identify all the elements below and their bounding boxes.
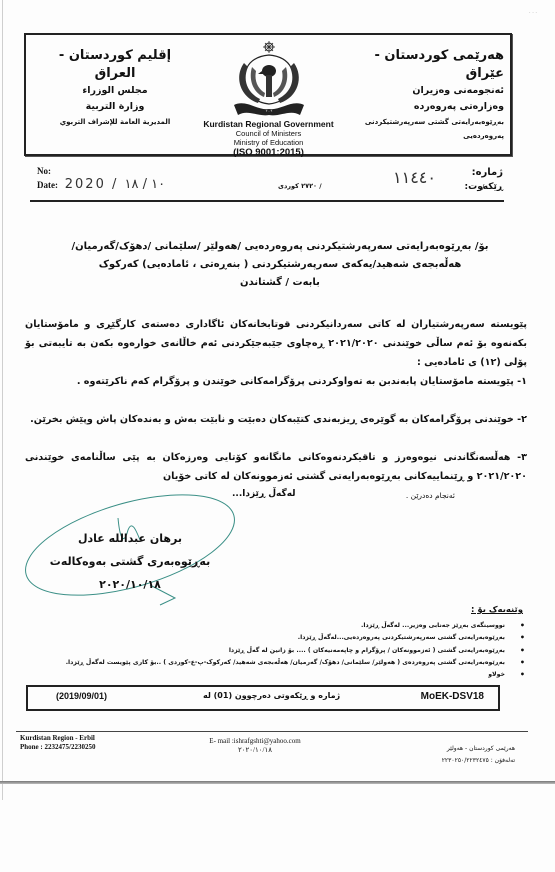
kurdish-council: ئەنجومەنی وەزیران: [344, 83, 504, 99]
copy-item: نووسینگەی بەڕێز جەنابی وەزیر... لەگەڵ ڕێ…: [7, 620, 527, 632]
item-3-end: ئەنجام دەدرێن .: [406, 491, 455, 500]
footer-region-ku: هەرێمی کوردستان - هەولێر: [442, 743, 515, 755]
arabic-council: مجلس الوزراء: [40, 83, 190, 99]
footer-date: ٢٠٢٠/١٠/١٨: [200, 746, 310, 755]
copy-item: بەڕێوەبەرایەتی گشتی پەروەردەی ( هەولێر/ …: [7, 657, 527, 669]
footer-center: E- mail :ishrafgshti@yahoo.com ٢٠٢٠/١٠/١…: [200, 737, 310, 755]
letterhead: هەرێمی کوردستان - عێراق ئەنجومەنی وەزیرا…: [24, 33, 512, 156]
kurdish-title: هەرێمی کوردستان - عێراق: [344, 47, 504, 83]
address-line-2: هەڵەبجەی شەهید/یەکەی سەرپەرشتیکردنی ( بن…: [40, 256, 520, 274]
footer-english: Kurdistan Region - Erbil Phone : 2232475…: [20, 734, 95, 752]
date-label-ku: ڕێکەوت:: [303, 180, 503, 195]
signature-date: ٢٠٢٠/١٠/١٨: [40, 573, 220, 596]
copy-item: بەڕێوەبەرایەتی گشتی ( ئەزموونەکان / پرۆگ…: [7, 645, 527, 657]
signatory-name: برهان عبدالله عادل: [40, 527, 220, 550]
regards: لەگەڵ ڕێزدا...: [232, 489, 296, 499]
date-value: 2020 / ١٠ / ١٨: [65, 177, 165, 192]
footer-region: Kurdistan Region - Erbil: [20, 734, 95, 743]
copy-item: بەڕێوەبەرایەتی گشتی سەرپەرشتیکردنی پەروە…: [7, 632, 527, 644]
krg-name: Kurdistan Regional Government: [196, 119, 341, 129]
footer-kurdish: هەرێمی کوردستان - هەولێر تەلەفۆن : ٢٢٣٠٢…: [442, 743, 515, 767]
krg-logo: ٢٠٠٩ Kurdistan Regional Government Counc…: [196, 41, 341, 159]
page-bottom-edge: [0, 781, 555, 784]
document-code-box: (2019/09/01) ژمارە و ڕێکەوتی دەرچوون (01…: [26, 685, 500, 711]
council-name: Council of Ministers: [196, 129, 341, 138]
scan-mark: · · ·: [529, 10, 537, 16]
ministry-name: Ministry of Education: [196, 138, 341, 147]
document-code: MoEK-DSV18: [421, 691, 484, 702]
body-item-2: ٢- خوێندنی پرۆگرامەکان بە گوێرەی ڕیزبەند…: [25, 410, 527, 429]
copies-title: وێنەیەک بۆ :: [471, 605, 523, 615]
body-item-1: ١- پێویستە مامۆستایان پابەندبن بە تەواوک…: [25, 372, 527, 391]
address-block: بۆ/ بەڕێوەبەرایەتی سەرپەرشتیکردنی پەروەر…: [40, 238, 520, 292]
signatory-title: بەڕێوەبەری گشتی بەوەکالەت: [40, 550, 220, 573]
issue-label: ژمارە و ڕێکەوتی دەرچوون (01) لە: [203, 691, 340, 700]
number-label: ژمارە:: [303, 165, 503, 180]
footer-phone-ku: تەلەفۆن : ٢٢٣٠٢٥٠/٢٢٣٢٤٧٥: [442, 755, 515, 767]
arabic-directorate: المديرية العامة للإشراف التربوي: [40, 115, 190, 129]
krg-eagle-emblem-icon: ٢٠٠٩: [226, 41, 312, 119]
document-page: · · · هەرێمی کوردستان - عێراق ئەنجومەنی …: [0, 0, 555, 872]
signature-block: برهان عبدالله عادل بەڕێوەبەری گشتی بەوەک…: [40, 527, 220, 596]
subject: بابەت / گشتاندن: [40, 274, 520, 292]
copies-list: نووسینگەی بەڕێز جەنابی وەزیر... لەگەڵ ڕێ…: [7, 620, 527, 681]
kurdish-ministry: وەزارەتی پەروەردە: [344, 99, 504, 115]
iso-cert: (ISO 9001:2015): [196, 147, 341, 159]
svg-text:٢٠٠٩: ٢٠٠٩: [265, 109, 272, 113]
copy-item: خولاو: [7, 669, 527, 681]
arabic-title: إقليم كوردستان - العراق: [40, 47, 190, 83]
footer-phone: Phone : 2232475/2230250: [20, 743, 95, 752]
reference-english: No: Date: 2020 / ١٠ / ١٨: [37, 165, 165, 192]
scan-edge: [2, 0, 3, 800]
date-label: Date:: [37, 180, 58, 190]
divider: [30, 200, 504, 202]
letterhead-kurdish: هەرێمی کوردستان - عێراق ئەنجومەنی وەزیرا…: [344, 47, 504, 143]
footer-divider: [16, 731, 528, 732]
body-intro: پێویستە سەرپەرشتیاران لە کاتی سەردانیکرد…: [25, 315, 527, 373]
kurdish-directorate: بەڕێوەبەرایەتی گشتی سەرپەرشتیکردنی پەروە…: [344, 115, 504, 143]
issue-date: (2019/09/01): [56, 691, 107, 701]
letterhead-arabic: إقليم كوردستان - العراق مجلس الوزراء وزا…: [40, 47, 190, 129]
footer-email[interactable]: E- mail :ishrafgshti@yahoo.com: [200, 737, 310, 746]
body-item-3: ٣- هەڵسەنگاندنی نیوەوەرز و تاقیکردنەوەکا…: [25, 448, 527, 486]
reference-kurdish: ژمارە: ڕێکەوت:: [303, 165, 503, 195]
address-line-1: بۆ/ بەڕێوەبەرایەتی سەرپەرشتیکردنی پەروەر…: [40, 238, 520, 256]
arabic-ministry: وزارة التربية: [40, 99, 190, 115]
